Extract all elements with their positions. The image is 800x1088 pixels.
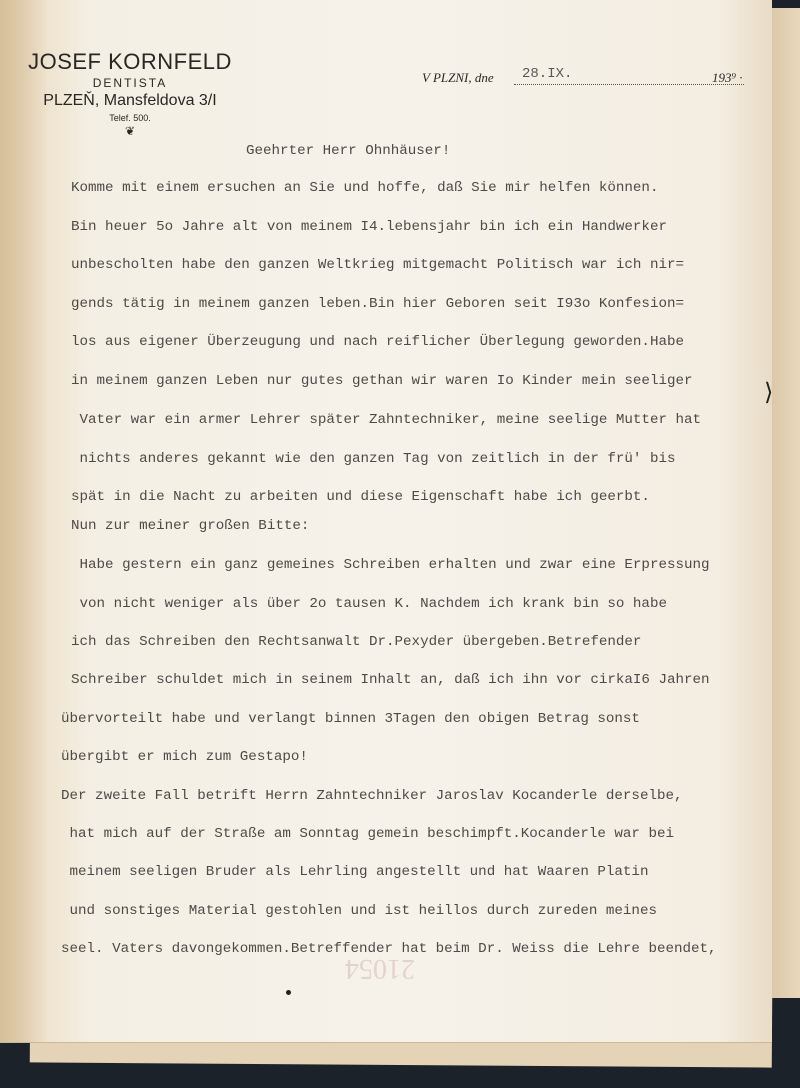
ink-dot bbox=[286, 990, 291, 995]
body-line: Der zweite Fall betrift Herrn Zahntechni… bbox=[61, 788, 683, 804]
body-line: Komme mit einem ersuchen an Sie und hoff… bbox=[71, 180, 658, 196]
body-line: und sonstiges Material gestohlen und ist… bbox=[61, 903, 657, 919]
body-line: Vater war ein armer Lehrer später Zahnte… bbox=[71, 412, 701, 428]
dateline-year: 193⁹ · bbox=[712, 70, 743, 86]
margin-bracket-mark: ⟩ bbox=[764, 378, 773, 407]
dateline: V PLZNI, dne 28.IX. 193⁹ · bbox=[422, 66, 752, 88]
body-line: unbescholten habe den ganzen Weltkrieg m… bbox=[71, 257, 684, 273]
page-left-edge-stain bbox=[0, 0, 48, 1042]
body-line: seel. Vaters davongekommen.Betreffender … bbox=[61, 941, 717, 957]
letterhead-address: PLZEŇ, Mansfeldova 3/I bbox=[20, 92, 240, 110]
dateline-day: 28.IX. bbox=[522, 66, 572, 82]
body-line: übervorteilt habe und verlangt binnen 3T… bbox=[61, 711, 640, 727]
body-line: Habe gestern ein ganz gemeines Schreiben… bbox=[71, 557, 710, 573]
dateline-place: V PLZNI, dne bbox=[422, 70, 494, 86]
letter-page: JOSEF KORNFELD DENTISTA PLZEŇ, Mansfeldo… bbox=[0, 0, 772, 1043]
ornament-icon: ❦ bbox=[20, 124, 240, 138]
letterhead-title: DENTISTA bbox=[20, 76, 240, 90]
salutation: Geehrter Herr Ohnhäuser! bbox=[246, 143, 450, 159]
body-line: übergibt er mich zum Gestapo! bbox=[61, 749, 308, 765]
body-line: nichts anderes gekannt wie den ganzen Ta… bbox=[71, 451, 676, 467]
body-line: gends tätig in meinem ganzen leben.Bin h… bbox=[71, 296, 684, 312]
body-line: Bin heuer 5o Jahre alt von meinem I4.leb… bbox=[71, 219, 667, 235]
body-line: meinem seeligen Bruder als Lehrling ange… bbox=[61, 864, 648, 880]
body-line: Nun zur meiner großen Bitte: bbox=[71, 518, 309, 534]
body-line: Schreiber schuldet mich in seinem Inhalt… bbox=[71, 672, 710, 688]
dateline-dotted-rule bbox=[514, 84, 744, 85]
body-line: ich das Schreiben den Rechtsanwalt Dr.Pe… bbox=[71, 634, 641, 650]
letterhead-name: JOSEF KORNFELD bbox=[20, 50, 240, 74]
body-line: von nicht weniger als über 2o tausen K. … bbox=[71, 596, 667, 612]
body-line: los aus eigener Überzeugung und nach rei… bbox=[71, 334, 684, 350]
body-line: in meinem ganzen Leben nur gutes gethan … bbox=[71, 373, 693, 389]
letterhead-phone: Telef. 500. bbox=[20, 113, 240, 123]
body-line: hat mich auf der Straße am Sonntag gemei… bbox=[61, 826, 674, 842]
body-line: spät in die Nacht zu arbeiten und diese … bbox=[71, 489, 650, 505]
letterhead: JOSEF KORNFELD DENTISTA PLZEŇ, Mansfeldo… bbox=[20, 50, 240, 138]
